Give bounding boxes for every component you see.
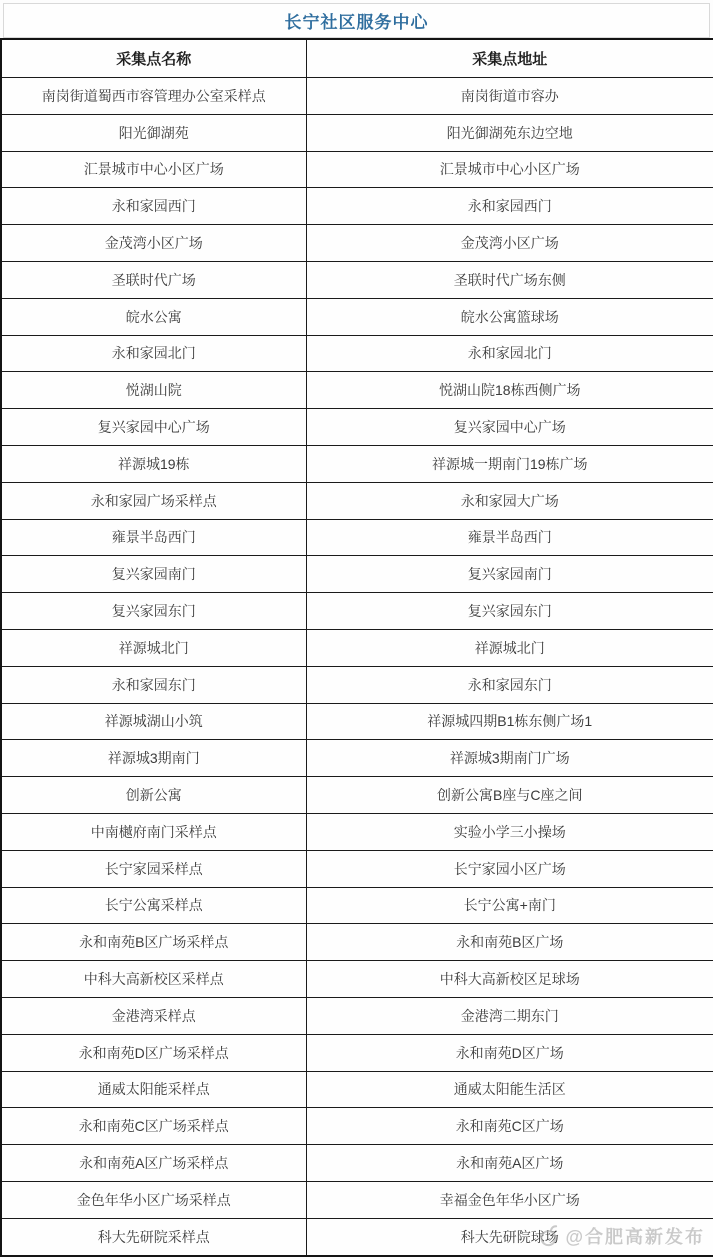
cell-name: 复兴家园中心广场 — [1, 409, 306, 446]
table-row: 阳光御湖苑阳光御湖苑东边空地 — [1, 114, 713, 151]
cell-address: 永和家园西门 — [306, 188, 713, 225]
cell-name: 南岗街道蜀西市容管理办公室采样点 — [1, 78, 306, 115]
table-row: 金茂湾小区广场金茂湾小区广场 — [1, 225, 713, 262]
cell-address: 圣联时代广场东侧 — [306, 261, 713, 298]
cell-name: 永和南苑C区广场采样点 — [1, 1108, 306, 1145]
table-row: 中南樾府南门采样点实验小学三小操场 — [1, 813, 713, 850]
cell-address: 金茂湾小区广场 — [306, 225, 713, 262]
cell-name: 悦湖山院 — [1, 372, 306, 409]
cell-name: 金色年华小区广场采样点 — [1, 1181, 306, 1218]
table-row: 长宁家园采样点长宁家园小区广场 — [1, 850, 713, 887]
table-row: 祥源城19栋祥源城一期南门19栋广场 — [1, 445, 713, 482]
table-row: 长宁公寓采样点长宁公寓+南门 — [1, 887, 713, 924]
cell-address: 永和南苑B区广场 — [306, 924, 713, 961]
cell-address: 汇景城市中心小区广场 — [306, 151, 713, 188]
cell-address: 科大先研院球场 — [306, 1218, 713, 1256]
table-body: 南岗街道蜀西市容管理办公室采样点南岗街道市容办阳光御湖苑阳光御湖苑东边空地汇景城… — [1, 78, 713, 1257]
table-row: 汇景城市中心小区广场汇景城市中心小区广场 — [1, 151, 713, 188]
cell-address: 实验小学三小操场 — [306, 813, 713, 850]
cell-address: 阳光御湖苑东边空地 — [306, 114, 713, 151]
table-row: 永和家园西门永和家园西门 — [1, 188, 713, 225]
cell-address: 创新公寓B座与C座之间 — [306, 777, 713, 814]
cell-name: 永和家园北门 — [1, 335, 306, 372]
table-row: 永和南苑C区广场采样点永和南苑C区广场 — [1, 1108, 713, 1145]
cell-address: 长宁家园小区广场 — [306, 850, 713, 887]
table-row: 悦湖山院悦湖山院18栋西侧广场 — [1, 372, 713, 409]
cell-address: 中科大高新校区足球场 — [306, 961, 713, 998]
cell-address: 永和家园北门 — [306, 335, 713, 372]
table-row: 祥源城湖山小筑祥源城四期B1栋东侧广场1 — [1, 703, 713, 740]
cell-name: 永和南苑B区广场采样点 — [1, 924, 306, 961]
cell-name: 复兴家园南门 — [1, 556, 306, 593]
cell-address: 永和家园大广场 — [306, 482, 713, 519]
col-header-address: 采集点地址 — [306, 39, 713, 78]
cell-address: 南岗街道市容办 — [306, 78, 713, 115]
cell-address: 祥源城3期南门广场 — [306, 740, 713, 777]
cell-name: 皖水公寓 — [1, 298, 306, 335]
table-row: 皖水公寓皖水公寓篮球场 — [1, 298, 713, 335]
cell-name: 永和家园东门 — [1, 666, 306, 703]
header-row: 采集点名称 采集点地址 — [1, 39, 713, 78]
cell-name: 祥源城北门 — [1, 629, 306, 666]
cell-address: 长宁公寓+南门 — [306, 887, 713, 924]
cell-name: 长宁公寓采样点 — [1, 887, 306, 924]
table-row: 祥源城3期南门祥源城3期南门广场 — [1, 740, 713, 777]
cell-name: 中科大高新校区采样点 — [1, 961, 306, 998]
cell-name: 永和南苑A区广场采样点 — [1, 1145, 306, 1182]
page-title: 长宁社区服务中心 — [3, 3, 710, 38]
cell-name: 创新公寓 — [1, 777, 306, 814]
cell-name: 汇景城市中心小区广场 — [1, 151, 306, 188]
cell-address: 通威太阳能生活区 — [306, 1071, 713, 1108]
table-row: 永和南苑D区广场采样点永和南苑D区广场 — [1, 1034, 713, 1071]
cell-address: 永和南苑D区广场 — [306, 1034, 713, 1071]
cell-name: 中南樾府南门采样点 — [1, 813, 306, 850]
cell-address: 祥源城一期南门19栋广场 — [306, 445, 713, 482]
cell-address: 祥源城北门 — [306, 629, 713, 666]
cell-address: 复兴家园南门 — [306, 556, 713, 593]
cell-address: 金港湾二期东门 — [306, 997, 713, 1034]
cell-address: 永和南苑A区广场 — [306, 1145, 713, 1182]
col-header-name: 采集点名称 — [1, 39, 306, 78]
table-row: 雍景半岛西门雍景半岛西门 — [1, 519, 713, 556]
cell-name: 雍景半岛西门 — [1, 519, 306, 556]
cell-name: 永和家园西门 — [1, 188, 306, 225]
cell-address: 复兴家园东门 — [306, 593, 713, 630]
table-row: 通威太阳能采样点通威太阳能生活区 — [1, 1071, 713, 1108]
table-row: 永和南苑A区广场采样点永和南苑A区广场 — [1, 1145, 713, 1182]
table-row: 复兴家园东门复兴家园东门 — [1, 593, 713, 630]
cell-name: 永和家园广场采样点 — [1, 482, 306, 519]
table-row: 永和家园东门永和家园东门 — [1, 666, 713, 703]
cell-name: 祥源城19栋 — [1, 445, 306, 482]
cell-name: 祥源城3期南门 — [1, 740, 306, 777]
table-row: 金港湾采样点金港湾二期东门 — [1, 997, 713, 1034]
table-row: 金色年华小区广场采样点幸福金色年华小区广场 — [1, 1181, 713, 1218]
table-row: 永和家园北门永和家园北门 — [1, 335, 713, 372]
cell-name: 通威太阳能采样点 — [1, 1071, 306, 1108]
table-row: 复兴家园中心广场复兴家园中心广场 — [1, 409, 713, 446]
cell-name: 圣联时代广场 — [1, 261, 306, 298]
cell-address: 永和家园东门 — [306, 666, 713, 703]
cell-name: 阳光御湖苑 — [1, 114, 306, 151]
table-row: 祥源城北门祥源城北门 — [1, 629, 713, 666]
cell-address: 永和南苑C区广场 — [306, 1108, 713, 1145]
cell-name: 祥源城湖山小筑 — [1, 703, 306, 740]
cell-name: 科大先研院采样点 — [1, 1218, 306, 1256]
cell-name: 金港湾采样点 — [1, 997, 306, 1034]
cell-address: 复兴家园中心广场 — [306, 409, 713, 446]
table-row: 科大先研院采样点科大先研院球场 — [1, 1218, 713, 1256]
table-row: 中科大高新校区采样点中科大高新校区足球场 — [1, 961, 713, 998]
table-row: 永和家园广场采样点永和家园大广场 — [1, 482, 713, 519]
cell-name: 复兴家园东门 — [1, 593, 306, 630]
table-row: 永和南苑B区广场采样点永和南苑B区广场 — [1, 924, 713, 961]
cell-name: 长宁家园采样点 — [1, 850, 306, 887]
table-row: 复兴家园南门复兴家园南门 — [1, 556, 713, 593]
notice-page: 长宁社区服务中心 采集点名称 采集点地址 南岗街道蜀西市容管理办公室采样点南岗街… — [0, 0, 713, 1259]
cell-address: 幸福金色年华小区广场 — [306, 1181, 713, 1218]
table-row: 南岗街道蜀西市容管理办公室采样点南岗街道市容办 — [1, 78, 713, 115]
cell-address: 皖水公寓篮球场 — [306, 298, 713, 335]
cell-address: 雍景半岛西门 — [306, 519, 713, 556]
cell-address: 悦湖山院18栋西侧广场 — [306, 372, 713, 409]
cell-name: 金茂湾小区广场 — [1, 225, 306, 262]
table-row: 创新公寓创新公寓B座与C座之间 — [1, 777, 713, 814]
cell-address: 祥源城四期B1栋东侧广场1 — [306, 703, 713, 740]
collection-points-table: 采集点名称 采集点地址 南岗街道蜀西市容管理办公室采样点南岗街道市容办阳光御湖苑… — [0, 38, 713, 1257]
table-row: 圣联时代广场圣联时代广场东侧 — [1, 261, 713, 298]
cell-name: 永和南苑D区广场采样点 — [1, 1034, 306, 1071]
